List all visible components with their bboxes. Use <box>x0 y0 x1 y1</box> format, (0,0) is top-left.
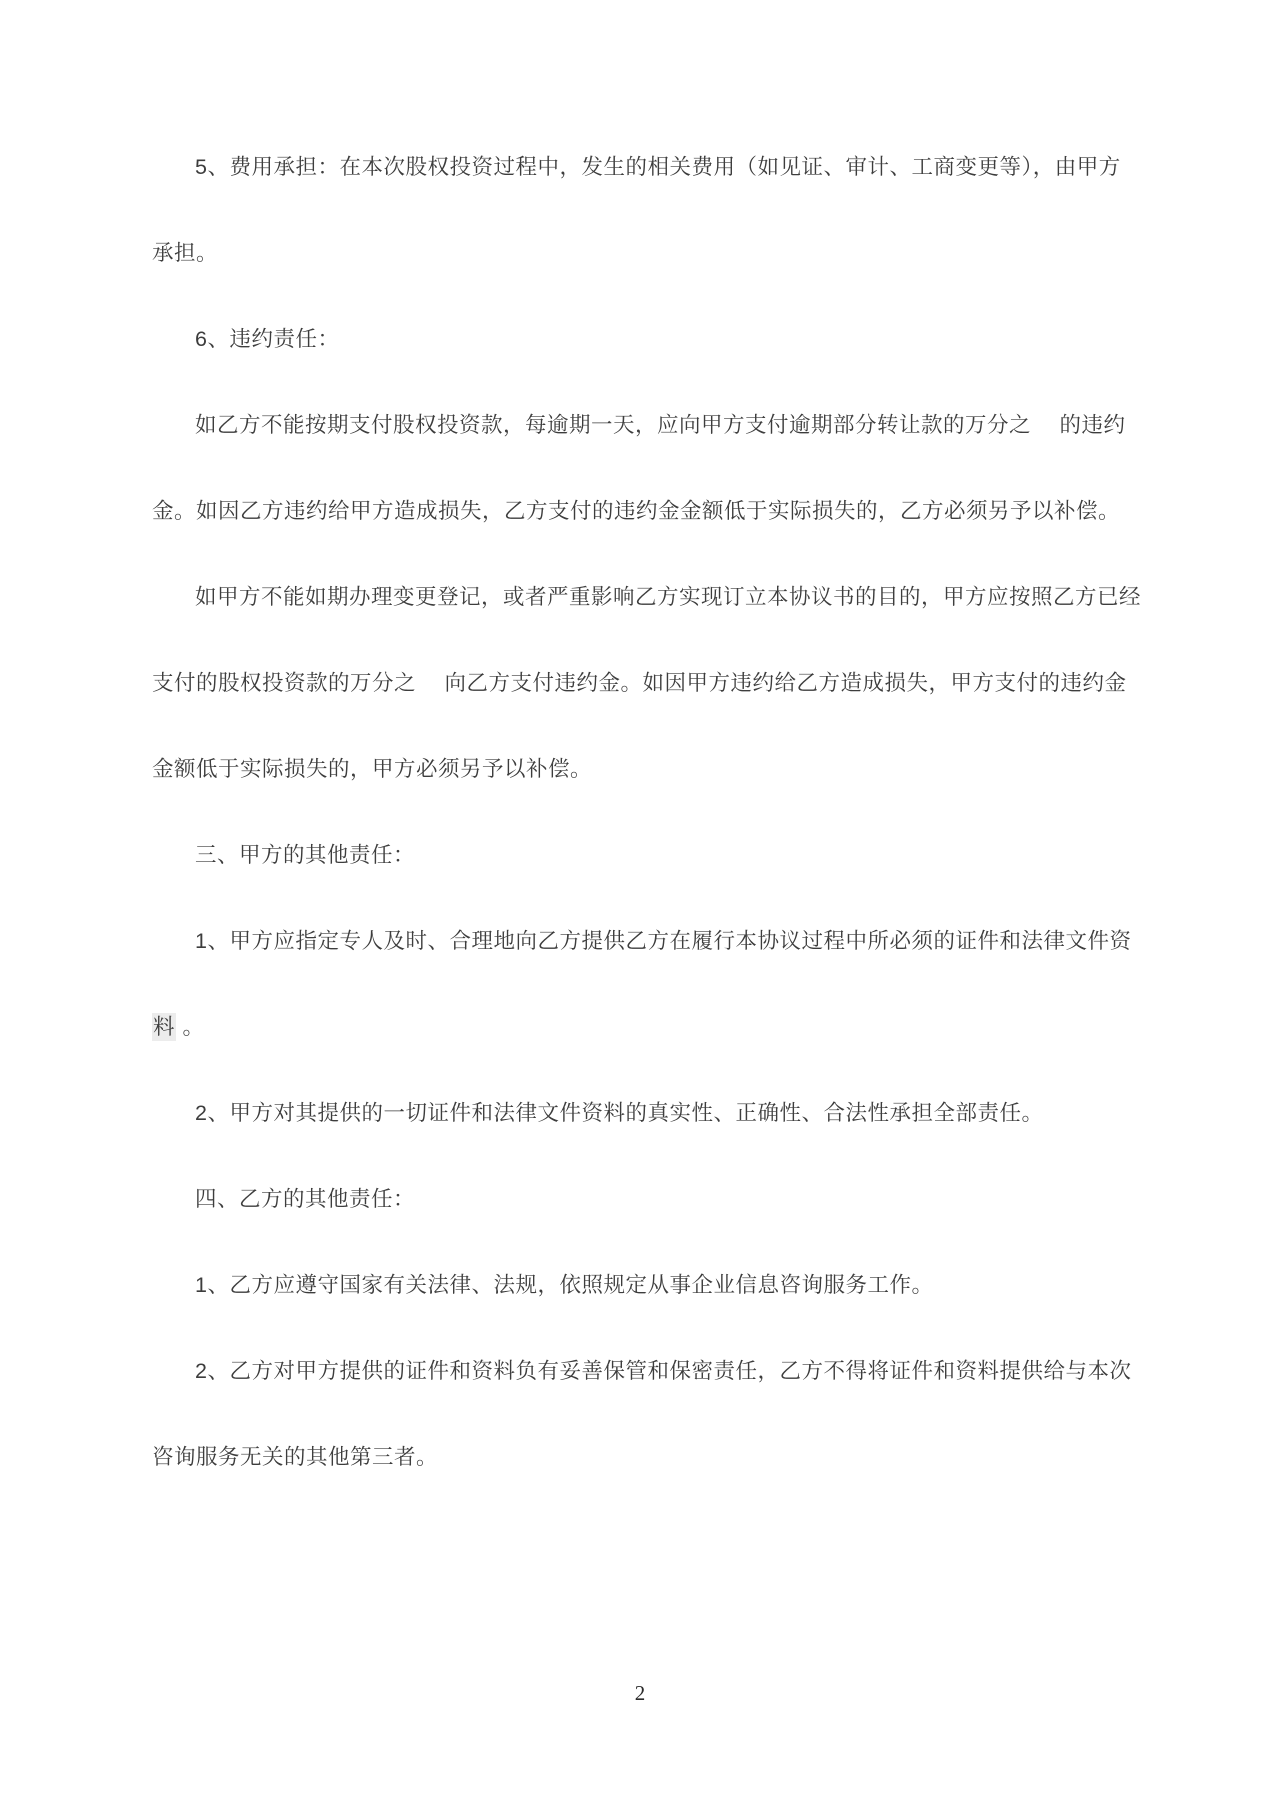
text-line: 如乙方不能按期支付股权投资款，每逾期一天，应向甲方支付逾期部分转让款的万分之 的… <box>152 382 1160 468</box>
text-line: 1、乙方应遵守国家有关法律、法规，依照规定从事企业信息咨询服务工作。 <box>152 1242 1160 1328</box>
text-line: 5、费用承担：在本次股权投资过程中，发生的相关费用（如见证、审计、工商变更等），… <box>152 124 1160 210</box>
text-segment: 如乙方不能按期支付股权投资款，每逾期一天，应向甲方支付逾期部分转让款的万分之 的… <box>195 413 1125 437</box>
text-segment: 如甲方不能如期办理变更登记，或者严重影响乙方实现订立本协议书的目的，甲方应按照乙… <box>195 585 1141 609</box>
text-line: 料 。 <box>152 984 1160 1070</box>
text-line: 如甲方不能如期办理变更登记，或者严重影响乙方实现订立本协议书的目的，甲方应按照乙… <box>152 554 1160 640</box>
text-segment: 1、乙方应遵守国家有关法律、法规，依照规定从事企业信息咨询服务工作。 <box>195 1273 933 1297</box>
text-segment: 咨询服务无关的其他第三者。 <box>152 1445 438 1469</box>
text-line: 支付的股权投资款的万分之 向乙方支付违约金。如因甲方违约给乙方造成损失，甲方支付… <box>152 640 1160 726</box>
document-body: 5、费用承担：在本次股权投资过程中，发生的相关费用（如见证、审计、工商变更等），… <box>152 124 1160 1500</box>
text-line: 金额低于实际损失的，甲方必须另予以补偿。 <box>152 726 1160 812</box>
document-page: 5、费用承担：在本次股权投资过程中，发生的相关费用（如见证、审计、工商变更等），… <box>0 0 1280 1810</box>
text-segment: 2、乙方对甲方提供的证件和资料负有妥善保管和保密责任，乙方不得将证件和资料提供给… <box>195 1359 1131 1383</box>
text-line: 承担。 <box>152 210 1160 296</box>
text-segment: 金额低于实际损失的，甲方必须另予以补偿。 <box>152 757 592 781</box>
text-line: 三、甲方的其他责任： <box>152 812 1160 898</box>
text-segment: 三、甲方的其他责任： <box>195 843 415 867</box>
text-segment: 2、甲方对其提供的一切证件和法律文件资料的真实性、正确性、合法性承担全部责任。 <box>195 1101 1043 1125</box>
text-line: 四、乙方的其他责任： <box>152 1156 1160 1242</box>
text-segment: 1、甲方应指定专人及时、合理地向乙方提供乙方在履行本协议过程中所必须的证件和法律… <box>195 929 1131 953</box>
page-number: 2 <box>0 1678 1280 1708</box>
text-line: 2、甲方对其提供的一切证件和法律文件资料的真实性、正确性、合法性承担全部责任。 <box>152 1070 1160 1156</box>
text-segment: 金。如因乙方违约给甲方造成损失，乙方支付的违约金金额低于实际损失的，乙方必须另予… <box>152 499 1120 523</box>
text-line: 咨询服务无关的其他第三者。 <box>152 1414 1160 1500</box>
text-segment: 支付的股权投资款的万分之 向乙方支付违约金。如因甲方违约给乙方造成损失，甲方支付… <box>152 671 1126 695</box>
text-segment: 6、违约责任： <box>195 327 339 351</box>
text-line: 6、违约责任： <box>152 296 1160 382</box>
text-segment: 5、费用承担：在本次股权投资过程中，发生的相关费用（如见证、审计、工商变更等），… <box>195 155 1121 179</box>
text-line: 金。如因乙方违约给甲方造成损失，乙方支付的违约金金额低于实际损失的，乙方必须另予… <box>152 468 1160 554</box>
text-line: 2、乙方对甲方提供的证件和资料负有妥善保管和保密责任，乙方不得将证件和资料提供给… <box>152 1328 1160 1414</box>
text-segment: 。 <box>176 1015 204 1039</box>
text-segment: 承担。 <box>152 241 218 265</box>
form-field-highlight: 料 <box>152 1013 176 1041</box>
text-segment: 四、乙方的其他责任： <box>195 1187 415 1211</box>
text-line: 1、甲方应指定专人及时、合理地向乙方提供乙方在履行本协议过程中所必须的证件和法律… <box>152 898 1160 984</box>
